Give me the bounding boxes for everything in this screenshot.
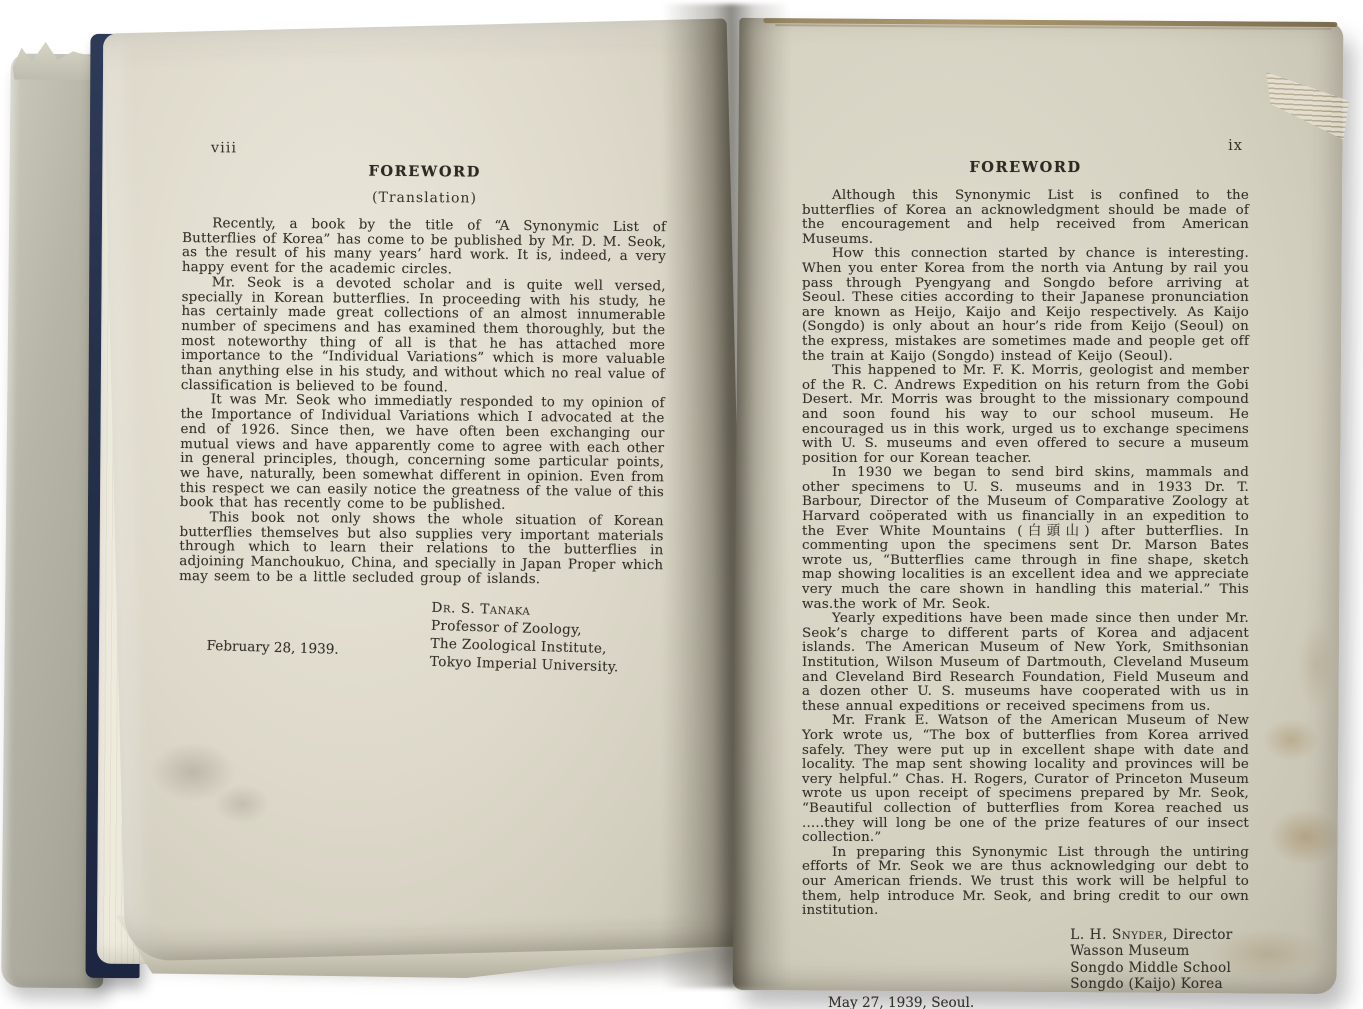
foreword-heading-right: FOREWORD <box>802 159 1249 176</box>
signature-line: L. H. Snyder, Director <box>1070 927 1249 944</box>
signature-line: Wasson Museum <box>1070 943 1249 960</box>
right-page-body: Although this Synonymic List is confined… <box>802 189 1249 919</box>
right-page-text-column: ix FOREWORD Although this Synonymic List… <box>802 138 1249 1009</box>
left-signature-block: Dr. S. Tanaka Professor of Zoology, The … <box>429 598 663 677</box>
signature-title: Director <box>1173 927 1233 943</box>
paragraph: This happened to Mr. F. K. Morris, geolo… <box>802 364 1249 466</box>
paragraph: Mr. Seok is a devoted scholar and is qui… <box>181 276 666 398</box>
date-left: February 28, 1939. <box>206 637 339 657</box>
right-signature-block: L. H. Snyder, Director Wasson Museum Son… <box>1070 927 1249 993</box>
foreword-heading-left: FOREWORD <box>183 161 667 182</box>
paragraph: Although this Synonymic List is confined… <box>802 189 1249 247</box>
paragraph: In 1930 we began to send bird skins, mam… <box>802 466 1249 612</box>
paragraph: Recently, a book by the title of “A Syno… <box>182 217 666 280</box>
paragraph: Mr. Frank E. Watson of the American Muse… <box>802 714 1249 845</box>
signature-line: Songdo Middle School <box>1070 960 1249 977</box>
page-number-left: viii <box>211 140 667 160</box>
left-page-body: Recently, a book by the title of “A Syno… <box>179 217 666 589</box>
paragraph: How this connection started by chance is… <box>802 247 1249 364</box>
paragraph: This book not only shows the whole situa… <box>179 511 664 589</box>
left-signature-area: Dr. S. Tanaka Professor of Zoology, The … <box>178 599 663 675</box>
book-photo: viii FOREWORD (Translation) Recently, a … <box>0 0 1363 1009</box>
left-page-text-column: viii FOREWORD (Translation) Recently, a … <box>178 140 667 675</box>
cover-torn-edge <box>13 40 99 81</box>
signature-name: L. H. Snyder, <box>1070 927 1168 943</box>
date-right: May 27, 1939, Seoul. <box>828 995 1249 1009</box>
page-number-right: ix <box>802 138 1243 154</box>
translation-subheading: (Translation) <box>182 188 666 208</box>
paragraph: Yearly expeditions have been made since … <box>802 612 1249 714</box>
paragraph: It was Mr. Seok who immediatly responded… <box>180 393 665 515</box>
paragraph: In preparing this Synonymic List through… <box>802 846 1249 919</box>
signature-line: Songdo (Kaijo) Korea <box>1070 976 1249 993</box>
